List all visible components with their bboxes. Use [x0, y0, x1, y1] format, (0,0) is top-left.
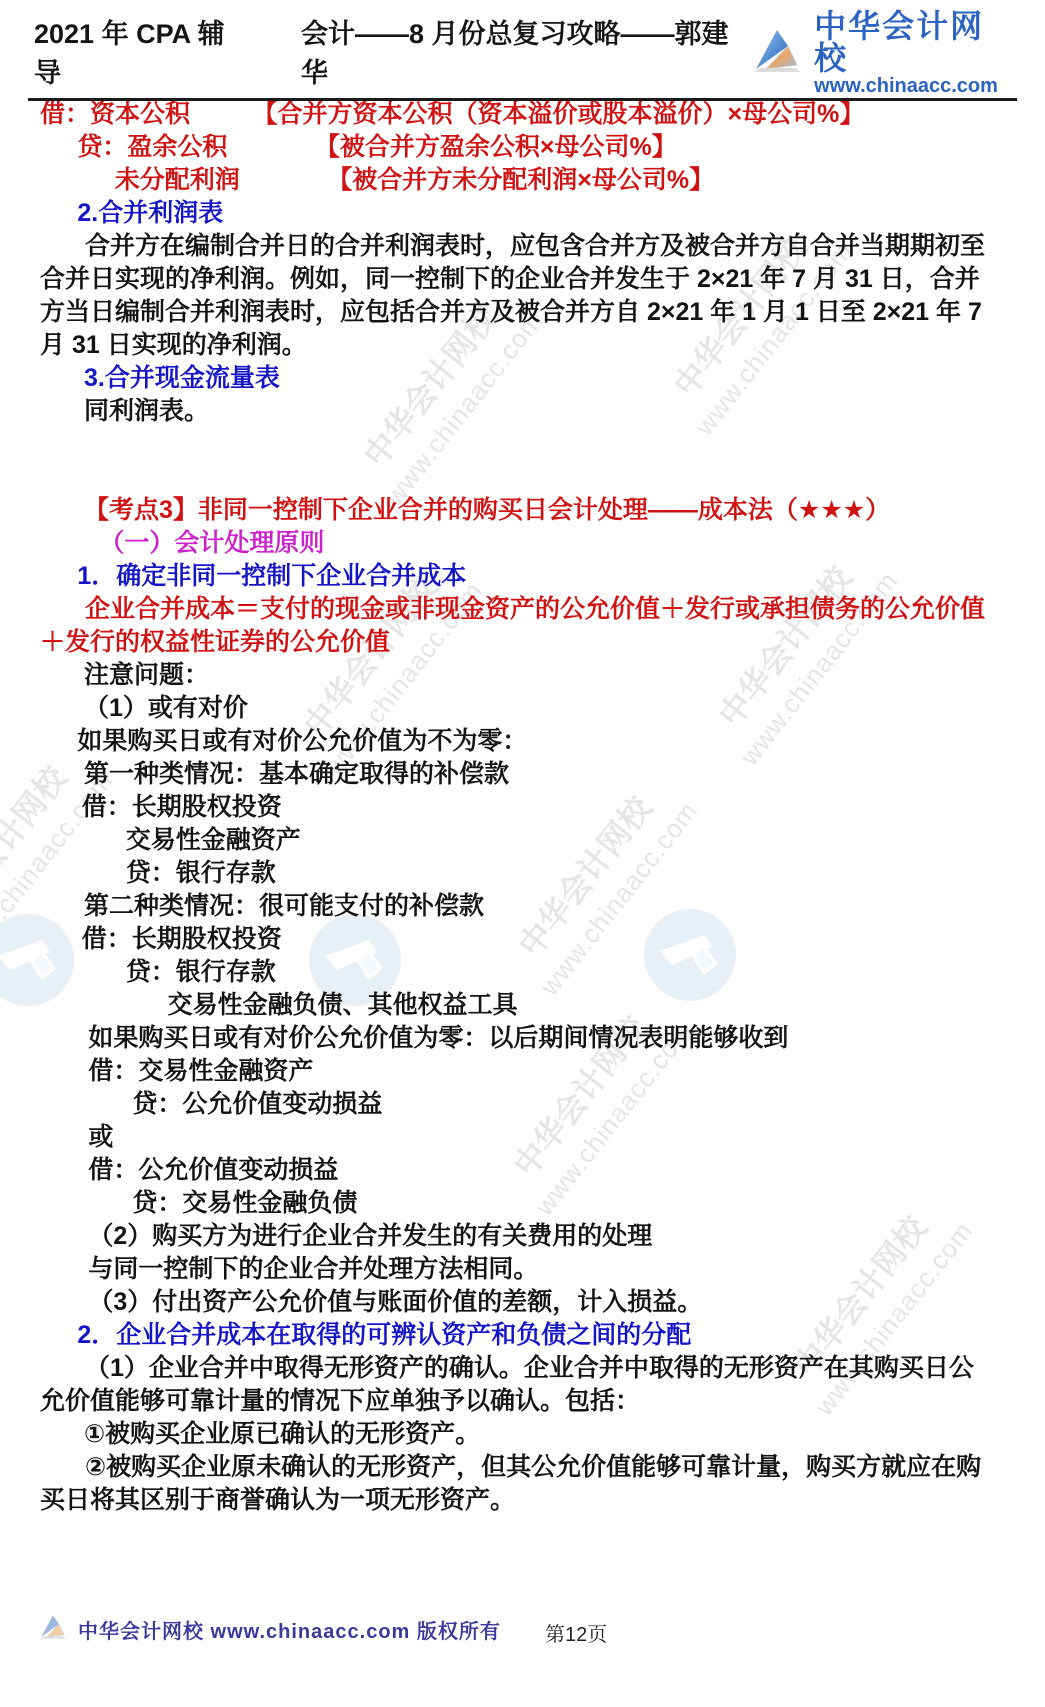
doc-line: 贷：银行存款	[0, 956, 995, 989]
doc-line: 交易性金融负债、其他权益工具	[0, 989, 995, 1022]
page-footer: 中华会计网校 www.chinaacc.com 版权所有 第12页	[0, 1612, 1045, 1662]
doc-line: 如果购买日或有对价公允价值为不为零：	[0, 725, 995, 758]
doc-line: 借：公允价值变动损益	[0, 1154, 995, 1187]
doc-line: 借：长期股权投资	[0, 923, 995, 956]
doc-line: 或	[0, 1121, 995, 1154]
header-rule	[28, 98, 1017, 101]
doc-line: （1）企业合并中取得无形资产的确认。企业合并中取得的无形资产在其购买日公允价值能…	[0, 1352, 995, 1418]
page-header: 2021 年 CPA 辅导 会计——8 月份总复习攻略——郭建华	[0, 0, 1045, 78]
copyright-text: 中华会计网校 www.chinaacc.com 版权所有	[78, 1615, 501, 1644]
brand-url: www.chinaacc.com	[814, 76, 1015, 96]
brand-logo-icon	[750, 25, 808, 82]
doc-line: ②被购买企业原未确认的无形资产，但其公允价值能够可靠计量，购买方就应在购买日将其…	[0, 1451, 995, 1517]
doc-line: 贷：银行存款	[0, 857, 995, 890]
page-title: 会计——8 月份总复习攻略——郭建华	[301, 12, 750, 96]
doc-line: 贷：交易性金融负债	[0, 1187, 995, 1220]
doc-line: （3）付出资产公允价值与账面价值的差额，计入损益。	[0, 1286, 995, 1319]
doc-line: 未分配利润 【被合并方未分配利润×母公司%】	[0, 164, 995, 197]
doc-line: 3.合并现金流量表	[0, 362, 995, 395]
doc-line: 同利润表。	[0, 395, 995, 428]
doc-line: 借：资本公积 【合并方资本公积（资本溢价或股本溢价）×母公司%】	[0, 98, 995, 131]
doc-line: ①被购买企业原已确认的无形资产。	[0, 1418, 995, 1451]
doc-line: 借：交易性金融资产	[0, 1055, 995, 1088]
doc-line: 贷：盈余公积 【被合并方盈余公积×母公司%】	[0, 131, 995, 164]
doc-line: （一）会计处理原则	[0, 527, 995, 560]
doc-line: 交易性金融资产	[0, 824, 995, 857]
doc-line: 2．企业合并成本在取得的可辨认资产和负债之间的分配	[0, 1319, 995, 1352]
doc-line: 贷：公允价值变动损益	[0, 1088, 995, 1121]
doc-line: 【考点3】非同一控制下企业合并的购买日会计处理——成本法（★★★）	[0, 494, 995, 527]
doc-line: （2）购买方为进行企业合并发生的有关费用的处理	[0, 1220, 995, 1253]
doc-line: 如果购买日或有对价公允价值为零：以后期间情况表明能够收到	[0, 1022, 995, 1055]
document-page: 中华会计网校www.chinaacc.com中华会计网校www.chinaacc…	[0, 0, 1045, 1707]
doc-line: 2.合并利润表	[0, 197, 995, 230]
doc-line: 第一种类情况：基本确定取得的补偿款	[0, 758, 995, 791]
brand-name: 中华会计网校	[814, 10, 1015, 74]
doc-line: 1．确定非同一控制下企业合并成本	[0, 560, 995, 593]
brand-logo: 中华会计网校 www.chinaacc.com	[750, 10, 1015, 96]
doc-line: 第二种类情况：很可能支付的补偿款	[0, 890, 995, 923]
course-label: 2021 年 CPA 辅导	[34, 12, 249, 96]
doc-line: 与同一控制下的企业合并处理方法相同。	[0, 1253, 995, 1286]
doc-line: （1）或有对价	[0, 692, 995, 725]
page-number: 第12页	[545, 1618, 607, 1647]
doc-line: 借：长期股权投资	[0, 791, 995, 824]
document-body: 借：资本公积 【合并方资本公积（资本溢价或股本溢价）×母公司%】贷：盈余公积 【…	[0, 78, 1045, 1517]
doc-line: 注意问题：	[0, 659, 995, 692]
footer-logo-icon	[38, 1612, 70, 1647]
doc-line: 合并方在编制合并日的合并利润表时，应包含合并方及被合并方自合并当期期初至合并日实…	[0, 230, 995, 362]
doc-line: 企业合并成本＝支付的现金或非现金资产的公允价值＋发行或承担债务的公允价值＋发行的…	[0, 593, 995, 659]
